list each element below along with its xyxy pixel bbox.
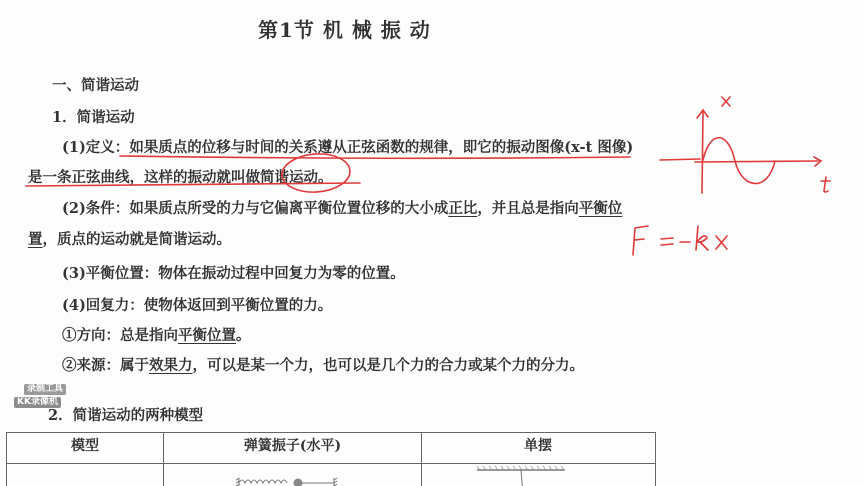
graph-t-label <box>821 177 830 192</box>
circled-term: 简谐运动 <box>260 169 318 186</box>
pendulum-icon <box>422 464 654 486</box>
condition-text-end: ，质点的运动就是简谐运动。 <box>43 231 232 248</box>
formula-x <box>716 236 727 249</box>
spring-oscillator-icon <box>164 464 422 486</box>
underlined-term-equilibrium-position: 平衡位置 <box>178 327 236 344</box>
watermark-line-2: KK录像机 <box>14 397 61 408</box>
underlined-term-proportional: 正比 <box>448 200 477 217</box>
table-cell-spring-diagram <box>164 464 422 486</box>
underlined-term-effect-force: 效果力 <box>149 357 193 374</box>
definition-text-2: 是一条正弦曲线，这样的振动就叫做 <box>28 169 260 186</box>
source-line: ②来源：属于效果力，可以是某一个力，也可以是几个力的合力或某个力的分力。 <box>62 354 584 375</box>
condition-label: (2)条件： <box>62 200 129 217</box>
definition-label: (1)定义： <box>62 139 129 156</box>
definition-line-2: 是一条正弦曲线，这样的振动就叫做简谐运动。 <box>28 166 333 187</box>
graph-x-label <box>722 97 730 106</box>
source-text: ②来源：属于 <box>62 357 149 374</box>
formula-F <box>633 226 648 255</box>
table-header-pendulum: 单摆 <box>422 433 654 463</box>
table-header-spring-oscillator: 弹簧振子(水平) <box>164 433 422 463</box>
direction-text: ①方向：总是指向 <box>62 327 178 344</box>
condition-text: 如果质点所受的力与它偏离平衡位置位移的大小成 <box>129 200 448 217</box>
underlined-term-equilibrium: 平衡位 <box>579 200 623 217</box>
definition-text-1: 如果质点的位移与时间的关系遵从正弦函数的规律，即它的振动图像(x-t 图像) <box>129 139 633 156</box>
graph-x-axis <box>695 161 818 162</box>
formula-k <box>696 226 708 250</box>
condition-line-1: (2)条件：如果质点所受的力与它偏离平衡位置位移的大小成正比，并且总是指向平衡位 <box>62 197 622 218</box>
condition-line-2: 置，质点的运动就是简谐运动。 <box>28 228 231 249</box>
definition-line-1: (1)定义：如果质点的位移与时间的关系遵从正弦函数的规律，即它的振动图像(x-t… <box>62 136 633 157</box>
models-table: 模型 弹簧振子(水平) 单摆 <box>6 432 656 486</box>
graph-x-arrow <box>814 157 821 166</box>
subsection-heading-1: 1．简谐运动 <box>52 106 135 127</box>
subsection-heading-2: 2．简谐运动的两种模型 <box>48 404 203 425</box>
period: 。 <box>318 169 333 186</box>
condition-text-mid: ，并且总是指向 <box>477 200 579 217</box>
table-header-row: 模型 弹簧振子(水平) 单摆 <box>7 433 655 464</box>
restoring-force-line: (4)回复力：使物体返回到平衡位置的力。 <box>62 294 332 315</box>
table-header-model: 模型 <box>7 433 164 463</box>
equilibrium-line: (3)平衡位置：物体在振动过程中回复力为零的位置。 <box>62 262 405 283</box>
page-title: 第1节 机 械 振 动 <box>258 14 431 43</box>
graph-y-axis <box>702 112 703 193</box>
underlined-term-equilibrium-end: 置 <box>28 231 43 248</box>
graph-sine-curve <box>703 138 775 184</box>
table-cell-pendulum-diagram <box>422 464 654 486</box>
recorder-watermark: 录制工具 KK录像机 <box>14 384 66 408</box>
annotation-underline-1b <box>660 159 700 160</box>
period: 。 <box>236 327 251 344</box>
table-row <box>7 464 655 486</box>
table-cell-empty <box>7 464 164 486</box>
graph-y-arrow <box>697 110 708 118</box>
direction-line: ①方向：总是指向平衡位置。 <box>62 324 251 345</box>
section-heading: 一、简谐运动 <box>52 74 139 95</box>
watermark-line-1: 录制工具 <box>24 384 66 395</box>
formula-equals <box>661 238 673 245</box>
source-text-rest: ，可以是某一个力，也可以是几个力的合力或某个力的分力。 <box>193 357 585 374</box>
